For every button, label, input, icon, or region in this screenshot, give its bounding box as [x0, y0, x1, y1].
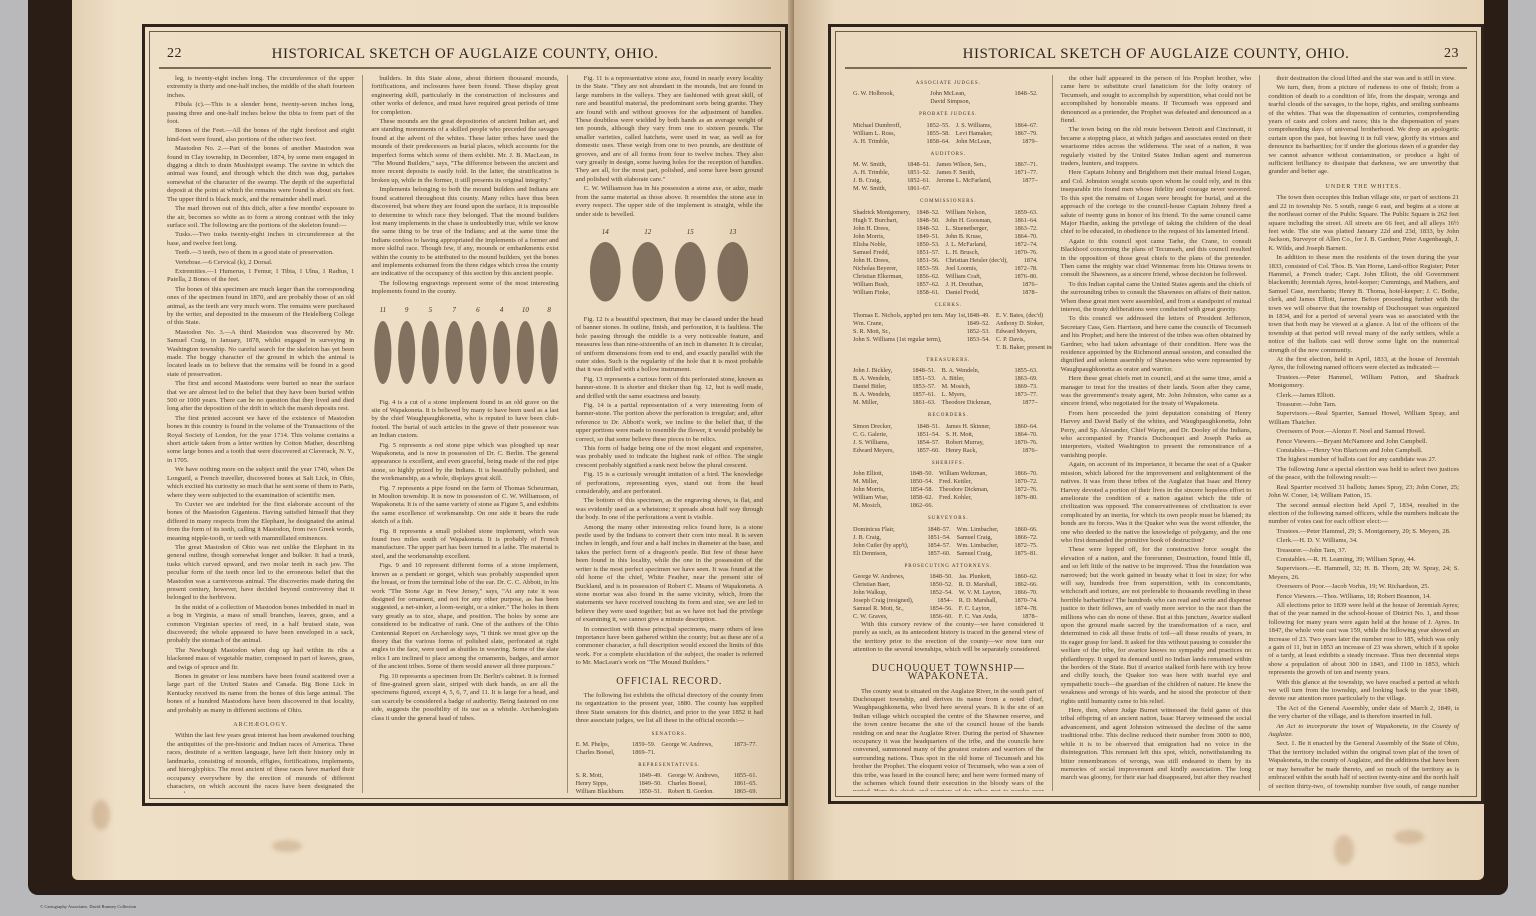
- record-row: M. Mosich,1862–66.: [853, 502, 1044, 510]
- paragraph: C. W. Williamson has in his possession a…: [576, 185, 763, 219]
- term-years: 1852–54.: [924, 589, 958, 597]
- svg-text:15: 15: [687, 228, 695, 236]
- record-row: John Morris,1849–51.John B. Kruse,1864–7…: [853, 233, 1044, 241]
- paragraph: We turn, then, from a picture of rudenes…: [1268, 84, 1459, 176]
- term-years: 1854–57.: [907, 439, 946, 447]
- record-table: Thomas E. Nichols, app'ted pro tem. May …: [853, 312, 1053, 352]
- official-name: E. M. Phelps,: [576, 741, 625, 749]
- official-name: Charles Boesel,: [668, 780, 729, 788]
- record-table: John Elliott,1848–50.William Weltzman,18…: [853, 470, 1044, 510]
- term-years: 1857–60.: [907, 447, 946, 455]
- paragraph: Constables.—Henry Von Blaricom and John …: [1268, 447, 1459, 455]
- term-years: 1848–51.: [899, 161, 936, 169]
- running-title: HISTORICAL SKETCH OF AUGLAIZE COUNTY, OH…: [272, 46, 659, 63]
- record-table: E. M. Phelps,1859–59.George W. Andrews,1…: [576, 741, 763, 757]
- office-heading: SURVEYORS.: [853, 515, 1044, 523]
- term-years: [920, 98, 930, 106]
- official-name: S. H. Mott,: [946, 431, 1005, 439]
- term-years: 1873–77.: [726, 741, 763, 749]
- record-row: Charles Boesel,1869–71.: [576, 749, 763, 757]
- paragraph: The following June a special election wa…: [1268, 466, 1459, 483]
- official-name: J. B. Craig,: [853, 534, 921, 542]
- term-years: 1863–72.: [1012, 225, 1043, 233]
- official-name: F. C. Van Anda,: [959, 613, 1009, 621]
- record-row: Daniel Bitler,1853–57.M. Mosich,1869–73.: [853, 383, 1044, 391]
- official-name: William Craft,: [946, 273, 1013, 281]
- term-years: 1877–: [1006, 177, 1043, 185]
- paragraph: From here proceeded the joint deputation…: [1061, 410, 1252, 460]
- paragraph: The bottom of this specimen, as the engr…: [576, 497, 763, 522]
- text-column: Fig. 11 is a representative stone axe, f…: [568, 75, 771, 793]
- official-name: Levi Hamaker,: [956, 130, 1005, 138]
- record-row: M. W. Smith,1848–51.James Wilson, Sen.,1…: [853, 161, 1044, 169]
- term-years: 1850–54.: [900, 478, 939, 486]
- term-years: 1848–50.: [924, 573, 958, 581]
- official-name: Daniel Bitler,: [853, 383, 904, 391]
- term-years: 1855–58.: [917, 130, 956, 138]
- act-title: An Act to incorporate the town of Wapako…: [1268, 723, 1459, 740]
- record-table: Michael Dumbroff,1852–55.J. S. Williams,…: [853, 122, 1044, 146]
- term-years: 1860–64.: [1005, 423, 1044, 431]
- term-years: 1849–51.: [914, 233, 945, 241]
- official-name: M. Miller,: [853, 399, 904, 407]
- official-name: Shadrick Montgomery,: [853, 209, 914, 217]
- official-name: B. A. Wendeln,: [942, 367, 1006, 375]
- term-years: 1850–52.: [924, 581, 958, 589]
- record-row: William L. Ross,1855–58.Levi Hamaker,186…: [853, 130, 1044, 138]
- paragraph: In the midst of a collection of Mastodon…: [167, 604, 354, 646]
- text-column: their destination the cloud lifted and t…: [1260, 75, 1467, 791]
- implements-figure: 1195764108: [371, 303, 558, 393]
- running-title: HISTORICAL SKETCH OF AUGLAIZE COUNTY, OH…: [963, 46, 1350, 63]
- term-years: 1872–76.: [1005, 486, 1044, 494]
- official-name: M. Mosich,: [853, 502, 900, 510]
- paragraph: Real Sparrier received 31 ballots; James…: [1268, 484, 1459, 501]
- record-table: M. W. Smith,1848–51.James Wilson, Sen.,1…: [853, 161, 1044, 193]
- official-name: T. B. Baker, present incumbent,: [996, 344, 1053, 352]
- paragraph: The county seat is situated on the Augla…: [853, 688, 1044, 792]
- record-row: S. R. Mott,1849–49.George W. Andrews,185…: [576, 772, 763, 780]
- record-row: William Blackburn,1850–51.Robert B. Gord…: [576, 788, 763, 793]
- official-name: John Morris,: [853, 486, 900, 494]
- paragraph: To this Indian capital came the United S…: [1061, 281, 1252, 315]
- term-years: 1854–: [924, 597, 958, 605]
- svg-text:13: 13: [730, 228, 738, 236]
- record-row: George W. Andrews,1848–50.Jas. Plunkett,…: [853, 573, 1044, 581]
- paragraph: Figs. 9 and 10 represent different forms…: [371, 562, 558, 671]
- paragraph: Teeth.—3 teeth, two of them in a good st…: [167, 249, 354, 257]
- term-years: [996, 98, 1044, 106]
- record-table: G. W. Holbrook,John McLean,1848–52.David…: [853, 90, 1044, 106]
- svg-text:9: 9: [405, 306, 409, 314]
- official-name: William L. Ross,: [853, 130, 917, 138]
- term-years: 1860–62.: [1009, 573, 1044, 581]
- official-name: M. Miller,: [853, 478, 900, 486]
- paragraph: Constables.—R. H. Leaming, 39; William S…: [1268, 556, 1459, 564]
- official-name: George W. Andrews,: [661, 741, 726, 749]
- term-years: 1870–76.: [1005, 439, 1044, 447]
- paragraph: Fibula (c).—This is a slender bone, twen…: [167, 101, 354, 126]
- term-years: 1852–61.: [899, 177, 936, 185]
- official-name: [939, 502, 1005, 510]
- official-name: G. W. Holbrook,: [853, 90, 920, 98]
- paragraph: The following engravings represent some …: [371, 280, 558, 297]
- paragraph: To this council we addressed the letters…: [1061, 315, 1252, 374]
- record-row: David Simpson,: [853, 98, 1044, 106]
- paragraph: The great Mastodon of Ohio was not unlik…: [167, 544, 354, 603]
- implements-figure: 14121513: [576, 225, 763, 310]
- term-years: 1848–50.: [914, 217, 945, 225]
- term-years: 1851–52.: [899, 169, 936, 177]
- record-row: Dominicus Flair,1848–57.Wm. Limbacher,18…: [853, 526, 1044, 534]
- term-years: 1855–63.: [1006, 367, 1044, 375]
- term-years: 1871–77.: [1006, 169, 1043, 177]
- paragraph: The first printed account we have of the…: [167, 415, 354, 465]
- office-heading: PROSECUTING ATTORNEYS.: [853, 563, 1044, 571]
- term-years: 1858–62.: [900, 494, 939, 502]
- official-name: George W. Andrews,: [853, 573, 924, 581]
- record-table: Simon Drecker,1848–51.James H. Skinner,1…: [853, 423, 1044, 455]
- text-column: the other half appeared in the person of…: [1053, 75, 1261, 791]
- official-name: [853, 98, 920, 106]
- official-name: Elisha Noble,: [853, 241, 914, 249]
- paragraph: Treasurer.—John Tam, 37.: [1268, 547, 1459, 555]
- record-row: Henry Sipps,1849–50.Charles Boesel,1861–…: [576, 780, 763, 788]
- record-table: George W. Andrews,1848–50.Jas. Plunkett,…: [853, 573, 1044, 621]
- official-name: Jas. Plunkett,: [959, 573, 1009, 581]
- record-row: Hugh T. Burchart,1848–50.John H. Goosman…: [853, 217, 1044, 225]
- paragraph: Fig. 15 is a curiously wrought imitation…: [576, 471, 763, 496]
- svg-text:6: 6: [476, 306, 480, 314]
- term-years: 1853–54.: [967, 336, 996, 344]
- paragraph: Treasurer.—John Tam.: [1268, 401, 1459, 409]
- official-name: Wm. Limbacher,: [957, 526, 1008, 534]
- term-years: 1854–56.: [924, 605, 958, 613]
- section-heading: UNDER THE WHITES.: [1268, 183, 1459, 191]
- term-years: 1866–70.: [1005, 470, 1044, 478]
- official-name: A. Bitler,: [942, 375, 1006, 383]
- record-table: Shadrick Montgomery,1848–52.William Nels…: [853, 209, 1044, 297]
- paragraph: At the first election, held in April, 18…: [1268, 356, 1459, 373]
- record-row: S. R. Mott, Sr.,1852–53.Edward Meyers,18…: [853, 328, 1053, 336]
- svg-text:7: 7: [453, 306, 457, 314]
- left-page-columns: leg, is twenty-eight inches long. The ci…: [159, 75, 771, 793]
- official-name: Henry Sipps,: [576, 780, 634, 788]
- official-name: Michael Dumbroff,: [853, 122, 917, 130]
- representatives-heading: REPRESENTATIVES.: [576, 762, 763, 770]
- record-row: William Wise,1858–62.Fred. Kohler,1876–8…: [853, 494, 1044, 502]
- term-years: 1874.: [1012, 257, 1043, 265]
- term-years: 1857–62.: [914, 281, 945, 289]
- svg-text:12: 12: [645, 228, 653, 236]
- record-row: Nicholas Beyerer,1853–59.Joel Loomis,187…: [853, 265, 1044, 273]
- term-years: 1878–: [1012, 289, 1043, 297]
- official-name: William Blackburn,: [576, 788, 634, 793]
- paragraph: Fig. 12 is a beautiful specimen, that ma…: [576, 316, 763, 375]
- term-years: 1878–: [1009, 613, 1044, 621]
- paragraph: Sect. 1. Be it enacted by the General As…: [1268, 740, 1459, 791]
- record-row: Thomas E. Nichols, app'ted pro tem. May …: [853, 312, 1053, 320]
- official-name: James H. Skinner,: [946, 423, 1005, 431]
- official-name: A. H. Trimble,: [853, 138, 917, 146]
- official-name: J. H. Dreuthan,: [946, 281, 1013, 289]
- term-years: 1864–70.: [1005, 431, 1044, 439]
- paragraph: With this cursory review of the county—w…: [853, 621, 1044, 655]
- term-years: 1864–70.: [1012, 233, 1043, 241]
- paragraph: Trustees.—Peter Hammel, William Patton, …: [1268, 374, 1459, 391]
- official-name: W. V. M. Layton,: [959, 589, 1009, 597]
- paragraph: Here Captain Johnny and Brighthorn met t…: [1061, 169, 1252, 236]
- official-name: Dominicus Flair,: [853, 526, 921, 534]
- term-years: 1856–60.: [924, 613, 958, 621]
- official-name: Theodore Dickman,: [939, 486, 1005, 494]
- term-years: 1873–77.: [1006, 391, 1044, 399]
- record-row: M. Miller,1850–54.Fred. Kettler,1870–72.: [853, 478, 1044, 486]
- paragraph: Overseers of Poor.—Alonzo F. Noel and Sa…: [1268, 428, 1459, 436]
- right-page: HISTORICAL SKETCH OF AUGLAIZE COUNTY, OH…: [794, 0, 1484, 880]
- text-column: leg, is twenty-eight inches long. The ci…: [159, 75, 363, 793]
- term-years: 1849–49.: [633, 772, 667, 780]
- paragraph: leg, is twenty-eight inches long. The ci…: [167, 75, 354, 100]
- official-name: Anthony D. Stoker,: [996, 320, 1053, 328]
- office-heading: ASSOCIATE JUDGES.: [853, 80, 1044, 88]
- record-row: G. W. Holbrook,John McLean,1848–52.: [853, 90, 1044, 98]
- paragraph: Fence Viewers.—Thos. Williams, 18; Rober…: [1268, 593, 1459, 601]
- term-years: 1848–51.: [907, 423, 946, 431]
- term-years: 1853–59.: [914, 265, 945, 273]
- record-row: Simon Drecker,1848–51.James H. Skinner,1…: [853, 423, 1044, 431]
- paragraph: The bones of this specimen are much larg…: [167, 286, 354, 328]
- record-row: A. H. Trimble,1858–64.John McLean,1879–: [853, 138, 1044, 146]
- paragraph: Fig. 4 is a cut of a stone implement fou…: [371, 399, 558, 441]
- term-years: 1861–67.: [899, 185, 936, 193]
- paragraph: Supervisors.—E. Hammell, 32; H. B. Thorn…: [1268, 565, 1459, 582]
- official-name: S. R. Mott, Sr.,: [853, 328, 967, 336]
- official-record-title: OFFICIAL RECORD.: [576, 678, 763, 686]
- official-name: Edward Meyers,: [853, 447, 907, 455]
- paragraph: Bones of the Feet.—All the bones of the …: [167, 127, 354, 144]
- official-name: Fred. Kohler,: [939, 494, 1005, 502]
- term-years: [726, 749, 763, 757]
- paragraph: Fig. 7 represents a pipe found on the fa…: [371, 485, 558, 527]
- svg-text:4: 4: [500, 306, 504, 314]
- official-name: Edward Meyers,: [996, 328, 1053, 336]
- official-name: John B. Kruse,: [946, 233, 1013, 241]
- paragraph: The highest number of ballots cast for a…: [1268, 456, 1459, 464]
- official-name: J. S. Williams,: [853, 439, 907, 447]
- official-name: John McLean,: [930, 90, 995, 98]
- senators-heading: SENATORS.: [576, 731, 763, 739]
- paragraph: Implements belonging to both the mound b…: [371, 186, 558, 278]
- official-name: John H. Drees,: [853, 257, 914, 265]
- official-name: Simon Drecker,: [853, 423, 907, 431]
- paragraph: These were lopped off, for the construct…: [1061, 546, 1252, 706]
- term-years: 1848–51.: [904, 367, 942, 375]
- term-years: 1861–65.: [729, 780, 763, 788]
- right-page-frame: HISTORICAL SKETCH OF AUGLAIZE COUNTY, OH…: [828, 24, 1484, 804]
- record-row: William Bush,1857–62.J. H. Dreuthan,1876…: [853, 281, 1044, 289]
- official-name: L. Myers,: [942, 391, 1006, 399]
- term-years: 1876–80.: [1012, 273, 1043, 281]
- official-name: William Finke,: [853, 289, 914, 297]
- official-name: Joseph Craig (resigned),: [853, 597, 924, 605]
- official-name: C. W. Graves,: [853, 613, 924, 621]
- paragraph: builders. In this State alone, about thi…: [371, 75, 558, 117]
- record-row: John Elliott,1848–50.William Weltzman,18…: [853, 470, 1044, 478]
- official-name: L. H. Brusch,: [946, 249, 1013, 257]
- term-years: 1867–71.: [1006, 161, 1043, 169]
- record-row: Michael Dumbroff,1852–55.J. S. Williams,…: [853, 122, 1044, 130]
- paragraph: We have nothing more on the subject unti…: [167, 466, 354, 500]
- township-section-title: DUCHOUQUET TOWNSHIP—WAPAKONETA.: [853, 665, 1044, 682]
- page-number: 23: [1444, 46, 1459, 62]
- term-years: 1851–57.: [914, 249, 945, 257]
- paragraph: Clerk.—James Elliott.: [1268, 392, 1459, 400]
- term-years: 1875–81.: [1008, 550, 1044, 558]
- official-name: M. W. Smith,: [853, 161, 899, 169]
- official-name: J. L. McFarland,: [946, 241, 1013, 249]
- running-header-right: HISTORICAL SKETCH OF AUGLAIZE COUNTY, OH…: [845, 41, 1467, 69]
- term-years: 1848–52.: [914, 225, 945, 233]
- term-years: 1850–51.: [633, 788, 667, 793]
- paragraph: The Act of the General Assembly, under d…: [1268, 705, 1459, 722]
- term-years: 1849–52.: [967, 320, 996, 328]
- running-header-left: 22 HISTORICAL SKETCH OF AUGLAIZE COUNTY,…: [159, 41, 771, 69]
- right-page-columns: ASSOCIATE JUDGES.G. W. Holbrook,John McL…: [845, 75, 1467, 791]
- term-years: 1852–55.: [917, 122, 956, 130]
- paragraph: Among the many other interesting relics …: [576, 524, 763, 625]
- left-page-frame: 22 HISTORICAL SKETCH OF AUGLAIZE COUNTY,…: [142, 24, 788, 806]
- paragraph: the other half appeared in the person of…: [1061, 75, 1252, 125]
- official-name: C. P. Davis,: [996, 336, 1053, 344]
- paragraph: The town then occupies this Indian villa…: [1268, 194, 1459, 253]
- record-row: John H. Drees,1851–56.Christian Heisler …: [853, 257, 1044, 265]
- official-name: Theodore Dickman,: [942, 399, 1006, 407]
- page-number: 22: [167, 46, 182, 62]
- record-row: Christian Elkerman,1856–62.William Craft…: [853, 273, 1044, 281]
- paragraph: The marl thrown out of this ditch, after…: [167, 205, 354, 230]
- official-name: A. H. Trimble,: [853, 169, 899, 177]
- term-years: 1848–50.: [900, 470, 939, 478]
- term-years: 1876–: [1012, 281, 1043, 289]
- record-row: Eli Dennison,1857–60.Samuel Craig,1875–8…: [853, 550, 1044, 558]
- paragraph: This form of badge being one of the most…: [576, 445, 763, 470]
- record-row: T. B. Baker, present incumbent,1879–: [853, 344, 1053, 352]
- paragraph: Overseers of Poor.—Jacob Vorhis, 19; W. …: [1268, 583, 1459, 591]
- record-row: William Finke,1858–61.Daniel Fredd,1878–: [853, 289, 1044, 297]
- paragraph: Fig. 8 represents a small polished stone…: [371, 528, 558, 562]
- term-years: 1857–60.: [921, 550, 957, 558]
- official-name: Fred. Kettler,: [939, 478, 1005, 486]
- term-years: 1854–57.: [921, 542, 957, 550]
- term-years: 1869–73.: [1006, 383, 1044, 391]
- term-years: 1858–61.: [914, 289, 945, 297]
- official-name: William Weltzman,: [939, 470, 1005, 478]
- term-years: 1848–57.: [921, 526, 957, 534]
- paragraph: Fig. 13 represents a curious form of thi…: [576, 376, 763, 401]
- record-row: Joseph Craig (resigned),1854–R. D. Marsh…: [853, 597, 1044, 605]
- office-heading: AUDITORS.: [853, 151, 1044, 159]
- paragraph: Bones in greater or less numbers have be…: [167, 673, 354, 715]
- term-years: 1848–49.: [967, 312, 996, 320]
- official-name: Nicholas Beyerer,: [853, 265, 914, 273]
- term-years: 1856–62.: [914, 273, 945, 281]
- term-years: 1849–50.: [633, 780, 667, 788]
- official-name: Thomas E. Nichols, app'ted pro tem. May …: [853, 312, 967, 320]
- official-name: S. R. Mott,: [576, 772, 634, 780]
- record-table: Dominicus Flair,1848–57.Wm. Limbacher,18…: [853, 526, 1044, 558]
- term-years: 1850–53.: [914, 241, 945, 249]
- official-name: John Elliott,: [853, 470, 900, 478]
- official-name: B. A. Wendeln,: [853, 391, 904, 399]
- office-heading: COMMISSIONERS.: [853, 198, 1044, 206]
- paragraph: The town being on the old route between …: [1061, 126, 1252, 168]
- paragraph: Fig. 11 is a representative stone axe, f…: [576, 75, 763, 184]
- official-name: J. B. Craig,: [853, 177, 899, 185]
- term-years: 1869–71.: [625, 749, 662, 757]
- term-years: 1848–52.: [996, 90, 1044, 98]
- term-years: 1866–72.: [1008, 534, 1044, 542]
- record-row: C. W. Graves,1856–60.F. C. Van Anda,1878…: [853, 613, 1044, 621]
- official-name: [661, 749, 726, 757]
- term-years: 1855–61.: [729, 772, 763, 780]
- official-name: James Wilson, Sen.,: [936, 161, 1006, 169]
- svg-text:14: 14: [602, 228, 610, 236]
- official-name: William Wise,: [853, 494, 900, 502]
- record-row: M. Miller,1861–63.Theodore Dickman,1877–: [853, 399, 1044, 407]
- term-years: 1851–54.: [907, 431, 946, 439]
- paragraph: The second annual election held April 7,…: [1268, 502, 1459, 527]
- term-years: 1848–52.: [914, 209, 945, 217]
- paragraph: Fig. 14 is a partial representation of a…: [576, 402, 763, 444]
- official-name: L. Stuenetberger,: [946, 225, 1013, 233]
- record-row: E. M. Phelps,1859–59.George W. Andrews,1…: [576, 741, 763, 749]
- official-name: John Cutler (by app't),: [853, 542, 921, 550]
- svg-text:5: 5: [429, 306, 433, 314]
- office-heading: CLERKS.: [853, 302, 1044, 310]
- term-years: 1872–74.: [1012, 241, 1043, 249]
- record-row: A. H. Trimble,1851–52.James F. Smith,187…: [853, 169, 1044, 177]
- official-name: Hugh T. Burchart,: [853, 217, 914, 225]
- paragraph: Here, then, where Judge Burnet witnessed…: [1061, 707, 1252, 783]
- official-name: M. W. Smith,: [853, 185, 899, 193]
- paragraph: Fig. 10 represents a specimen from Dr. B…: [371, 673, 558, 723]
- paragraph: Mastodon No. 3.—A third Mastodon was dis…: [167, 329, 354, 379]
- term-years: 1862–66.: [1009, 581, 1044, 589]
- official-name: Christian Baer,: [853, 581, 924, 589]
- text-column: builders. In this State alone, about thi…: [363, 75, 567, 793]
- term-years: 1852–53.: [967, 328, 996, 336]
- record-row: J. B. Craig,1851–54.Samuel Craig,1866–72…: [853, 534, 1044, 542]
- term-years: 1867–79.: [1005, 130, 1044, 138]
- official-name: E. V. Bates, (dec'd): [996, 312, 1053, 320]
- term-years: 1858–64.: [917, 138, 956, 146]
- official-name: Charles Boesel,: [576, 749, 625, 757]
- term-years: [1006, 185, 1043, 193]
- term-years: 1866–70.: [1009, 589, 1044, 597]
- term-years: 1876–80.: [1005, 494, 1044, 502]
- record-row: John Walkup,1852–54.W. V. M. Layton,1866…: [853, 589, 1044, 597]
- official-name: John McLean,: [956, 138, 1005, 146]
- official-name: Joel Loomis,: [946, 265, 1013, 273]
- record-row: Wm. Crane,1849–52.Anthony D. Stoker,1856…: [853, 320, 1053, 328]
- record-row: Shadrick Montgomery,1848–52.William Nels…: [853, 209, 1044, 217]
- official-name: [936, 185, 1006, 193]
- official-name: James F. Smith,: [936, 169, 1006, 177]
- paragraph: Within the last few years great interest…: [167, 732, 354, 793]
- official-name: R. D. Marshall,: [959, 581, 1009, 589]
- svg-text:8: 8: [548, 306, 552, 314]
